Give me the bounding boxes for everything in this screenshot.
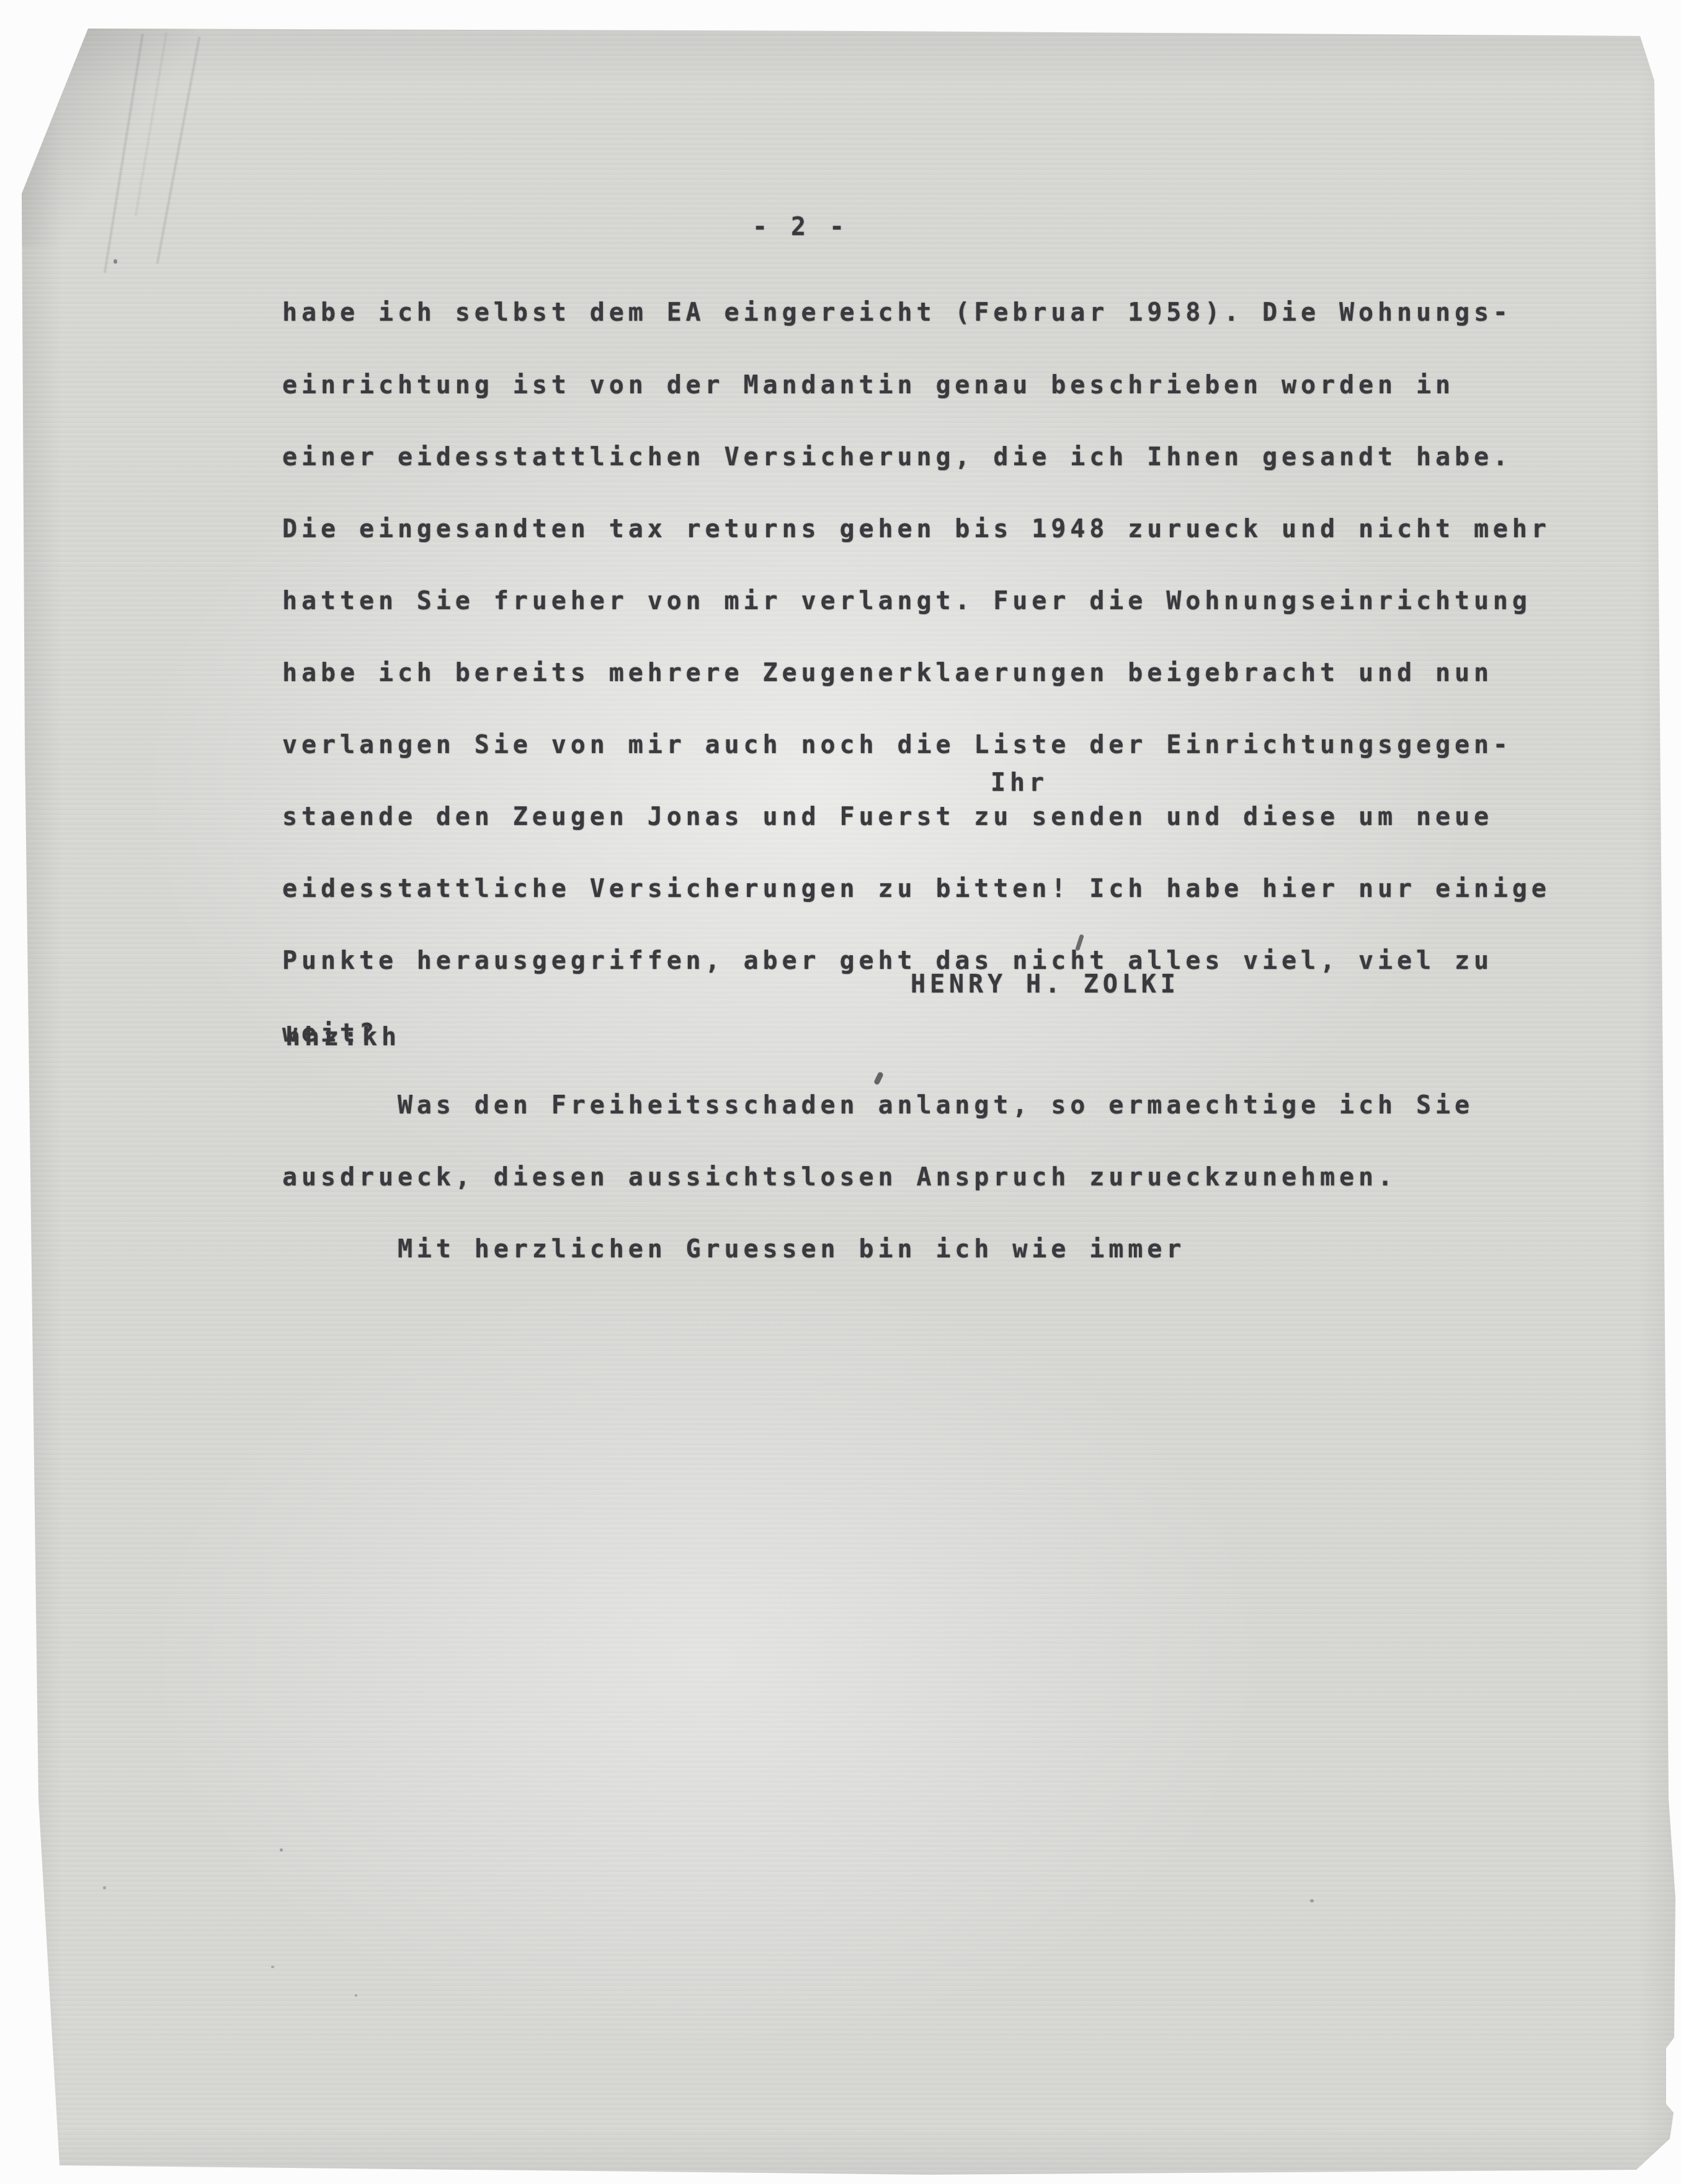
paper-speck: [114, 259, 117, 264]
letter-line: verlangen Sie von mir auch noch die List…: [282, 733, 1551, 757]
typist-initials: hhz:kh: [285, 1023, 401, 1051]
letter-line: einer eidesstattlichen Versicherung, die…: [282, 445, 1551, 470]
letter-line: Die eingesandten tax returns gehen bis 1…: [282, 517, 1551, 542]
letter-line: weit?: [282, 1022, 1551, 1046]
paper-speck: [355, 1994, 357, 1997]
page-number: - 2 -: [752, 213, 849, 241]
letter-line: habe ich selbst dem EA eingereicht (Febr…: [282, 301, 1551, 325]
letter-line: Was den Freiheitsschaden anlangt, so erm…: [282, 1094, 1551, 1118]
paper-speck: [280, 1848, 283, 1852]
letter-line: staende den Zeugen Jonas und Fuerst zu s…: [282, 805, 1551, 829]
letter-line: hatten Sie frueher von mir verlangt. Fue…: [282, 589, 1551, 613]
letter-line: einrichtung ist von der Mandantin genau …: [282, 373, 1551, 398]
letter-body: habe ich selbst dem EA eingereicht (Febr…: [282, 253, 1551, 1309]
scanned-letter-page: - 2 - habe ich selbst dem EA eingereicht…: [0, 0, 1681, 2184]
paper-speck: [103, 1886, 106, 1889]
paper-speck: [271, 1966, 274, 1968]
letter-line: ausdrueck, diesen aussichtslosen Anspruc…: [282, 1166, 1551, 1190]
paper-sheet: - 2 - habe ich selbst dem EA eingereicht…: [0, 0, 1681, 2184]
paper-speck: [1310, 1899, 1314, 1902]
signature-name: HENRY H. ZOLKI: [911, 970, 1180, 999]
valediction: Ihr: [991, 769, 1048, 797]
letter-line: eidesstattliche Versicherungen zu bitten…: [282, 877, 1551, 901]
letter-line: habe ich bereits mehrere Zeugenerklaerun…: [282, 661, 1551, 685]
letter-line: Mit herzlichen Gruessen bin ich wie imme…: [282, 1237, 1551, 1262]
